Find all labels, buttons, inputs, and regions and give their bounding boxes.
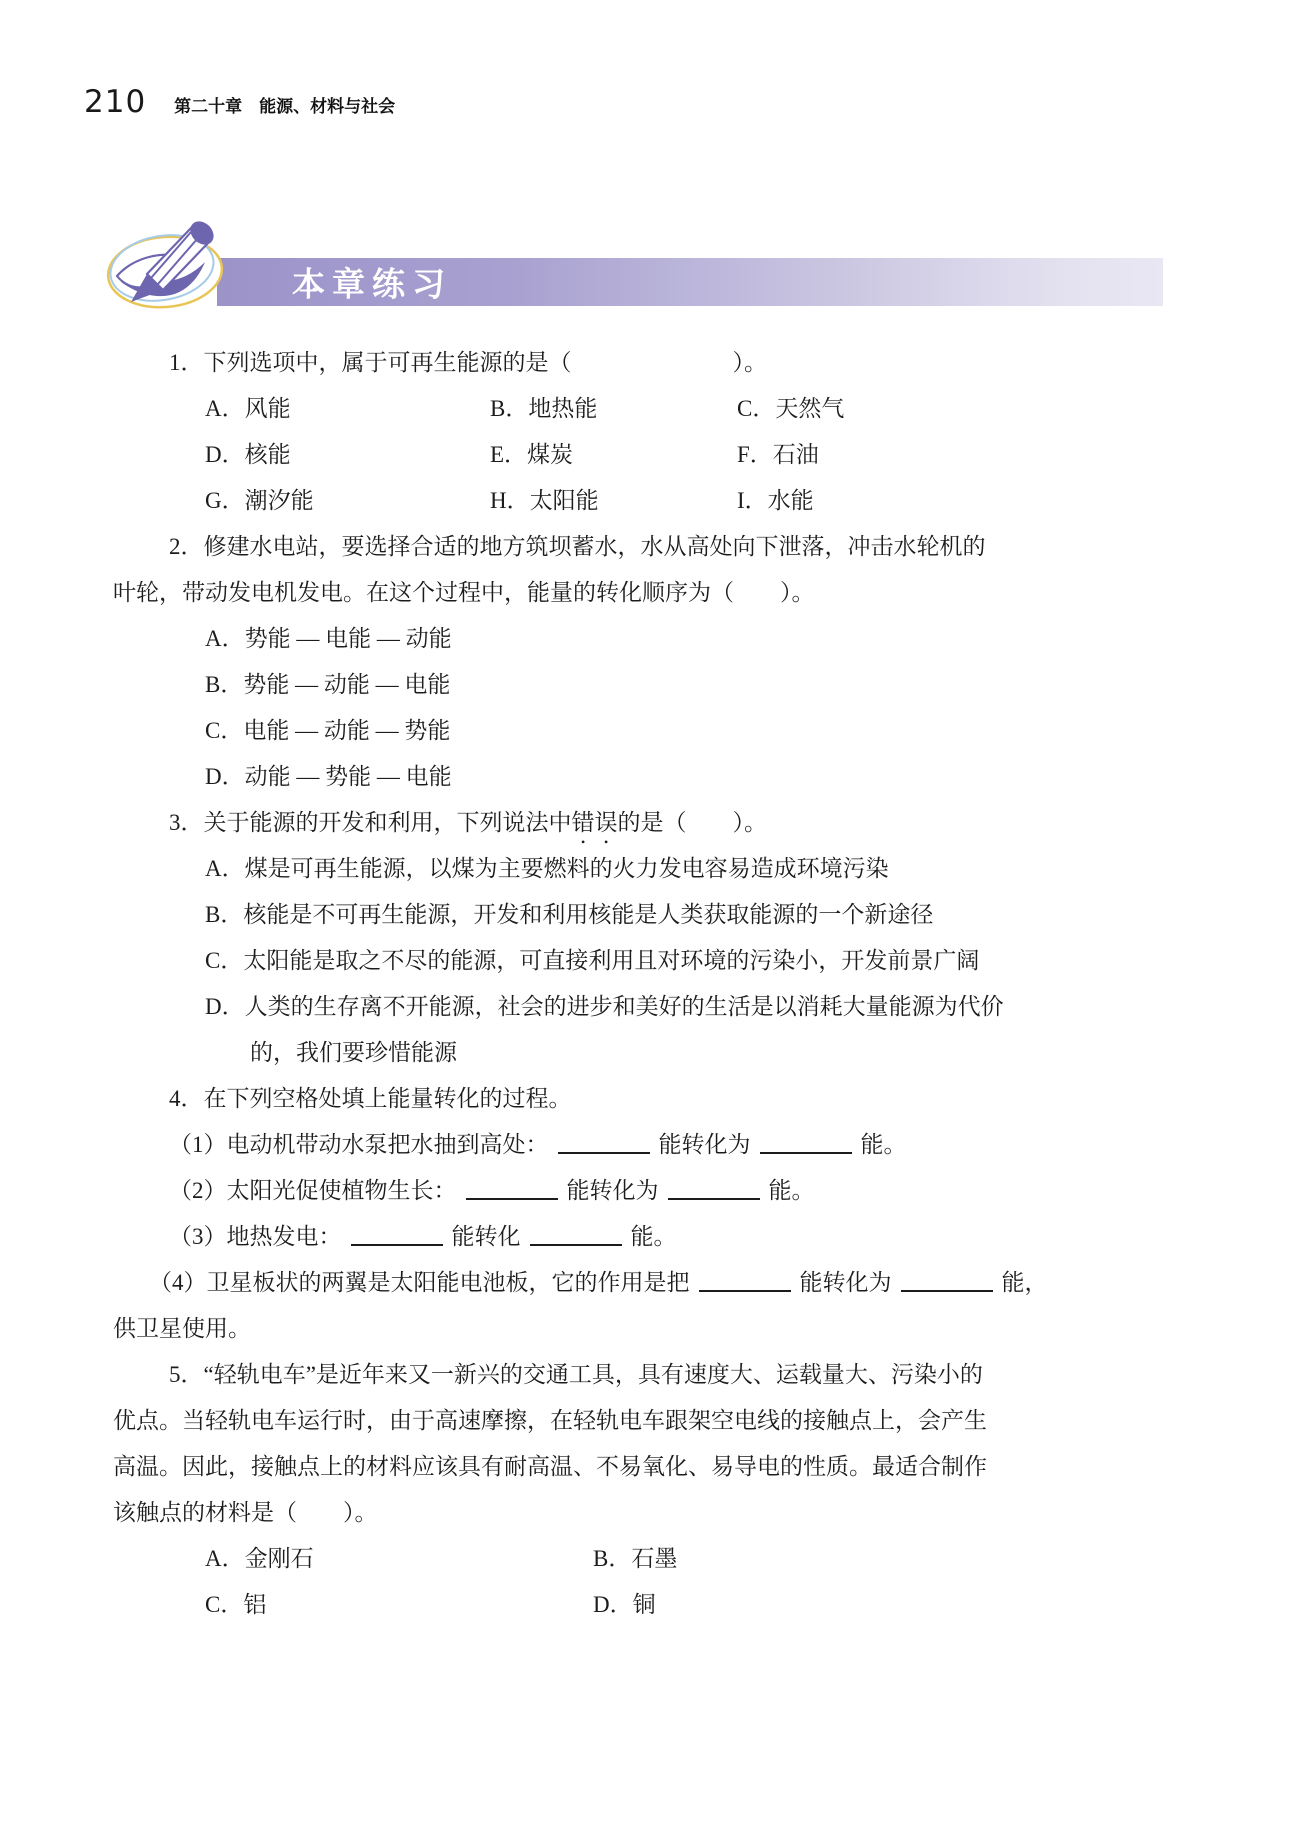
q4-item-1-text: （1）电动机带动水泵把水抽到高处： — [169, 1132, 549, 1157]
q5-options-row2: C．铝 D．铜 — [113, 1582, 1193, 1628]
q3-stem-emphasis: 错误 — [572, 810, 618, 835]
q4-stem: 4．在下列空格处填上能量转化的过程。 — [113, 1076, 1193, 1122]
q2-option-b: B．势能 — 动能 — 电能 — [113, 662, 1193, 708]
q2-option-d: D．动能 — 势能 — 电能 — [113, 754, 1193, 800]
q4-item-4-post: 能， — [1002, 1270, 1048, 1295]
q1-options-row3: G．潮汐能 H．太阳能 I．水能 — [113, 478, 1193, 524]
q3-option-c: C．太阳能是取之不尽的能源，可直接利用且对环境的污染小，开发前景广阔 — [113, 938, 1193, 984]
pencil-icon — [101, 218, 237, 318]
q4-item-2: （2）太阳光促使植物生长：能转化为能。 — [113, 1168, 1193, 1214]
exercise-content: 1．下列选项中，属于可再生能源的是（ ）。 A．风能 B．地热能 C．天然气 D… — [113, 340, 1193, 1628]
q4-item-4-blank-2 — [901, 1264, 993, 1292]
page-number: 210 — [84, 84, 146, 120]
chapter-title: 第二十章 能源、材料与社会 — [174, 92, 395, 117]
q4-item-4-text: （4）卫星板状的两翼是太阳能电池板，它的作用是把 — [149, 1270, 690, 1295]
q5-option-a: A．金刚石 — [205, 1536, 593, 1582]
q1-option-h: H．太阳能 — [490, 478, 737, 524]
q4-item-3-text: （3）地热发电： — [169, 1224, 342, 1249]
q4-item-2-blank-1 — [466, 1172, 558, 1200]
q4-item-1-blank-1 — [558, 1126, 650, 1154]
q3-option-d-continuation: 的，我们要珍惜能源 — [113, 1030, 1193, 1076]
page-header: 210 第二十章 能源、材料与社会 — [84, 84, 395, 120]
q4-item-1-mid: 能转化为 — [659, 1132, 751, 1157]
q5-stem-line1: 5．“轻轨电车”是近年来又一新兴的交通工具，具有速度大、运载量大、污染小的 — [113, 1352, 1193, 1398]
q1-option-i: I．水能 — [737, 478, 1193, 524]
q4-item-4-blank-1 — [699, 1264, 791, 1292]
q5-option-c: C．铝 — [205, 1582, 593, 1628]
q1-option-a: A．风能 — [205, 386, 490, 432]
q4-item-4: （4）卫星板状的两翼是太阳能电池板，它的作用是把能转化为能， — [113, 1260, 1193, 1306]
q1-options-row1: A．风能 B．地热能 C．天然气 — [113, 386, 1193, 432]
q4-item-1-blank-2 — [760, 1126, 852, 1154]
q4-closing: 供卫星使用。 — [113, 1306, 1193, 1352]
q4-item-3-blank-2 — [530, 1218, 622, 1246]
q4-item-1: （1）电动机带动水泵把水抽到高处：能转化为能。 — [113, 1122, 1193, 1168]
q1-option-e: E．煤炭 — [490, 432, 737, 478]
section-banner: 本章练习 — [0, 258, 1303, 306]
q1-option-g: G．潮汐能 — [205, 478, 490, 524]
q3-option-d: D．人类的生存离不开能源，社会的进步和美好的生活是以消耗大量能源为代价 — [113, 984, 1193, 1030]
banner-title: 本章练习 — [292, 259, 452, 306]
q2-option-c: C．电能 — 动能 — 势能 — [113, 708, 1193, 754]
q3-stem-pre: 3．关于能源的开发和利用，下列说法中 — [169, 810, 572, 835]
q1-option-b: B．地热能 — [490, 386, 737, 432]
q5-stem-line4: 该触点的材料是（ ）。 — [113, 1490, 1193, 1536]
q4-item-3-mid: 能转化 — [452, 1224, 521, 1249]
q4-item-1-post: 能。 — [861, 1132, 907, 1157]
q1-stem: 1．下列选项中，属于可再生能源的是（ ）。 — [113, 340, 1193, 386]
q5-options-row1: A．金刚石 B．石墨 — [113, 1536, 1193, 1582]
q4-item-2-blank-2 — [668, 1172, 760, 1200]
q3-option-b: B．核能是不可再生能源，开发和利用核能是人类获取能源的一个新途径 — [113, 892, 1193, 938]
q2-stem-line1: 2．修建水电站，要选择合适的地方筑坝蓄水，水从高处向下泄落，冲击水轮机的 — [113, 524, 1193, 570]
q1-option-d: D．核能 — [205, 432, 490, 478]
q1-options-row2: D．核能 E．煤炭 F．石油 — [113, 432, 1193, 478]
q2-option-a: A．势能 — 电能 — 动能 — [113, 616, 1193, 662]
q4-item-2-post: 能。 — [769, 1178, 815, 1203]
q5-option-d: D．铜 — [593, 1582, 1193, 1628]
q5-stem-line3: 高温。因此，接触点上的材料应该具有耐高温、不易氧化、易导电的性质。最适合制作 — [113, 1444, 1193, 1490]
q5-option-b: B．石墨 — [593, 1536, 1193, 1582]
q4-item-2-text: （2）太阳光促使植物生长： — [169, 1178, 457, 1203]
q3-stem-post: 的是（ ）。 — [618, 810, 768, 835]
q4-item-3-post: 能。 — [631, 1224, 677, 1249]
q5-stem-line2: 优点。当轻轨电车运行时，由于高速摩擦，在轻轨电车跟架空电线的接触点上，会产生 — [113, 1398, 1193, 1444]
q4-item-4-mid: 能转化为 — [800, 1270, 892, 1295]
q2-stem-line2: 叶轮，带动发电机发电。在这个过程中，能量的转化顺序为（ ）。 — [113, 570, 1193, 616]
q3-stem: 3．关于能源的开发和利用，下列说法中错误的是（ ）。 — [113, 800, 1193, 846]
q4-item-2-mid: 能转化为 — [567, 1178, 659, 1203]
q3-option-a: A．煤是可再生能源，以煤为主要燃料的火力发电容易造成环境污染 — [113, 846, 1193, 892]
q1-option-c: C．天然气 — [737, 386, 1193, 432]
q4-item-3: （3）地热发电：能转化能。 — [113, 1214, 1193, 1260]
q4-item-3-blank-1 — [351, 1218, 443, 1246]
q1-option-f: F．石油 — [737, 432, 1193, 478]
